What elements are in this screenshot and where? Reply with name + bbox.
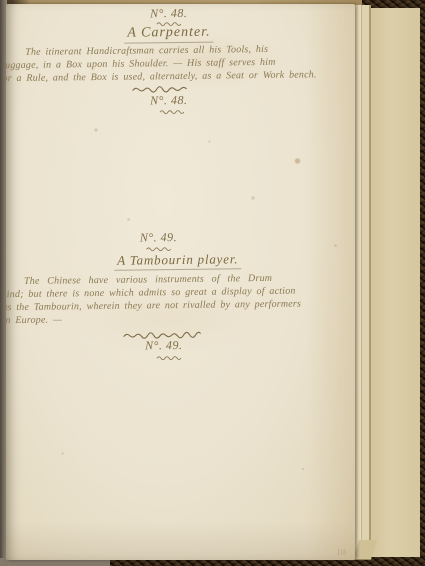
flourish-underline-icon: [159, 108, 187, 114]
section-49-title: A Tambourin player.: [114, 251, 241, 271]
section-48-title: A Carpenter.: [124, 25, 214, 44]
section-48-footer-number: N°. 48.: [150, 93, 187, 108]
section-49-footer-number: N°. 49.: [145, 338, 182, 353]
section-49-number: N°. 49.: [140, 230, 177, 245]
section-48-body: The itinerant Handicraftsman carries all…: [6, 42, 353, 85]
book-photo-frame: N°. 48. A Carpenter. The itinerant Handi…: [0, 0, 425, 566]
page-number-stamp: 118: [337, 549, 346, 557]
flourish-underline-icon: [146, 245, 174, 251]
manuscript-page: N°. 48. A Carpenter. The itinerant Handi…: [6, 4, 355, 560]
section-49-body: The Chinese have various instruments of …: [6, 271, 355, 327]
ink-layer: N°. 48. A Carpenter. The itinerant Handi…: [6, 4, 355, 560]
flourish-underline-icon: [156, 354, 184, 360]
flyleaf-page: [370, 8, 420, 557]
page-edge-stack: [354, 5, 371, 553]
